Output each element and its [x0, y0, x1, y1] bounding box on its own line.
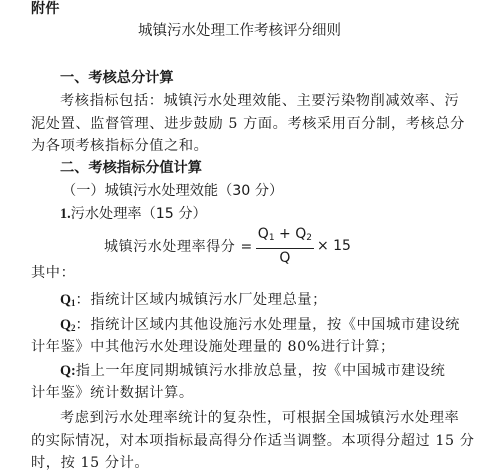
note-line: 考虑到污水处理率统计的复杂性，可根据全国城镇污水处理率	[60, 409, 459, 427]
formula-fraction: Q1 + Q2 Q	[256, 226, 314, 267]
item1-number: 1.	[60, 206, 71, 222]
definition-term: Q1	[60, 292, 76, 308]
definition-term: Q2	[60, 317, 76, 333]
definition-q: Q:指上一年度同期城镇污水排放总量，按《中国城市建设统	[60, 362, 445, 380]
definition-q2-continuation: 计年鉴》中其他污水处理设施处理量的 80%进行计算；	[31, 338, 395, 356]
definition-text: 指统计区域内城镇污水厂处理总量；	[90, 292, 327, 308]
definition-text: 指统计区域内其他设施污水处理量，按《中国城市建设统	[90, 317, 460, 333]
definition-q2: Q2：指统计区域内其他设施污水处理量，按《中国城市建设统	[60, 316, 460, 337]
item1-heading: 1.污水处理率（15 分）	[60, 205, 207, 223]
formula-denominator: Q	[279, 249, 290, 267]
score-formula: 城镇污水处理率得分 = Q1 + Q2 Q × 15	[104, 224, 351, 268]
formula-lhs: 城镇污水处理率得分 =	[104, 236, 253, 256]
definition-text: 指上一年度同期城镇污水排放总量，按《中国城市建设统	[76, 363, 446, 379]
definition-term: Q	[60, 363, 71, 379]
section1-paragraph-line: 为各项考核指标分值之和。	[31, 137, 208, 155]
formula-numerator: Q1 + Q2	[256, 226, 314, 249]
definition-q-continuation: 计年鉴》统计数据计算。	[31, 384, 194, 402]
note-line: 的实际情况，对本项指标最高得分作适当调整。本项得分超过 15 分	[31, 432, 475, 450]
attachment-label: 附件	[31, 0, 59, 18]
where-label: 其中：	[31, 264, 75, 282]
document-title: 城镇污水处理工作考核评分细则	[138, 22, 341, 40]
item1-label: 污水处理率（15 分）	[71, 206, 207, 222]
formula-multiplier: × 15	[317, 238, 351, 254]
definition-q1: Q1：指统计区域内城镇污水厂处理总量；	[60, 291, 327, 312]
subsection-heading: （一）城镇污水处理效能（30 分）	[62, 182, 283, 200]
section2-heading: 二、考核指标分值计算	[60, 159, 202, 177]
note-line: 时，按 15 分计。	[31, 454, 149, 470]
section1-heading: 一、考核总分计算	[60, 69, 174, 87]
section1-paragraph-line: 泥处置、监督管理、进步鼓励 5 方面。考核采用百分制，考核总分	[31, 115, 465, 133]
section1-paragraph-line: 考核指标包括：城镇污水处理效能、主要污染物削减效率、污	[60, 92, 459, 110]
